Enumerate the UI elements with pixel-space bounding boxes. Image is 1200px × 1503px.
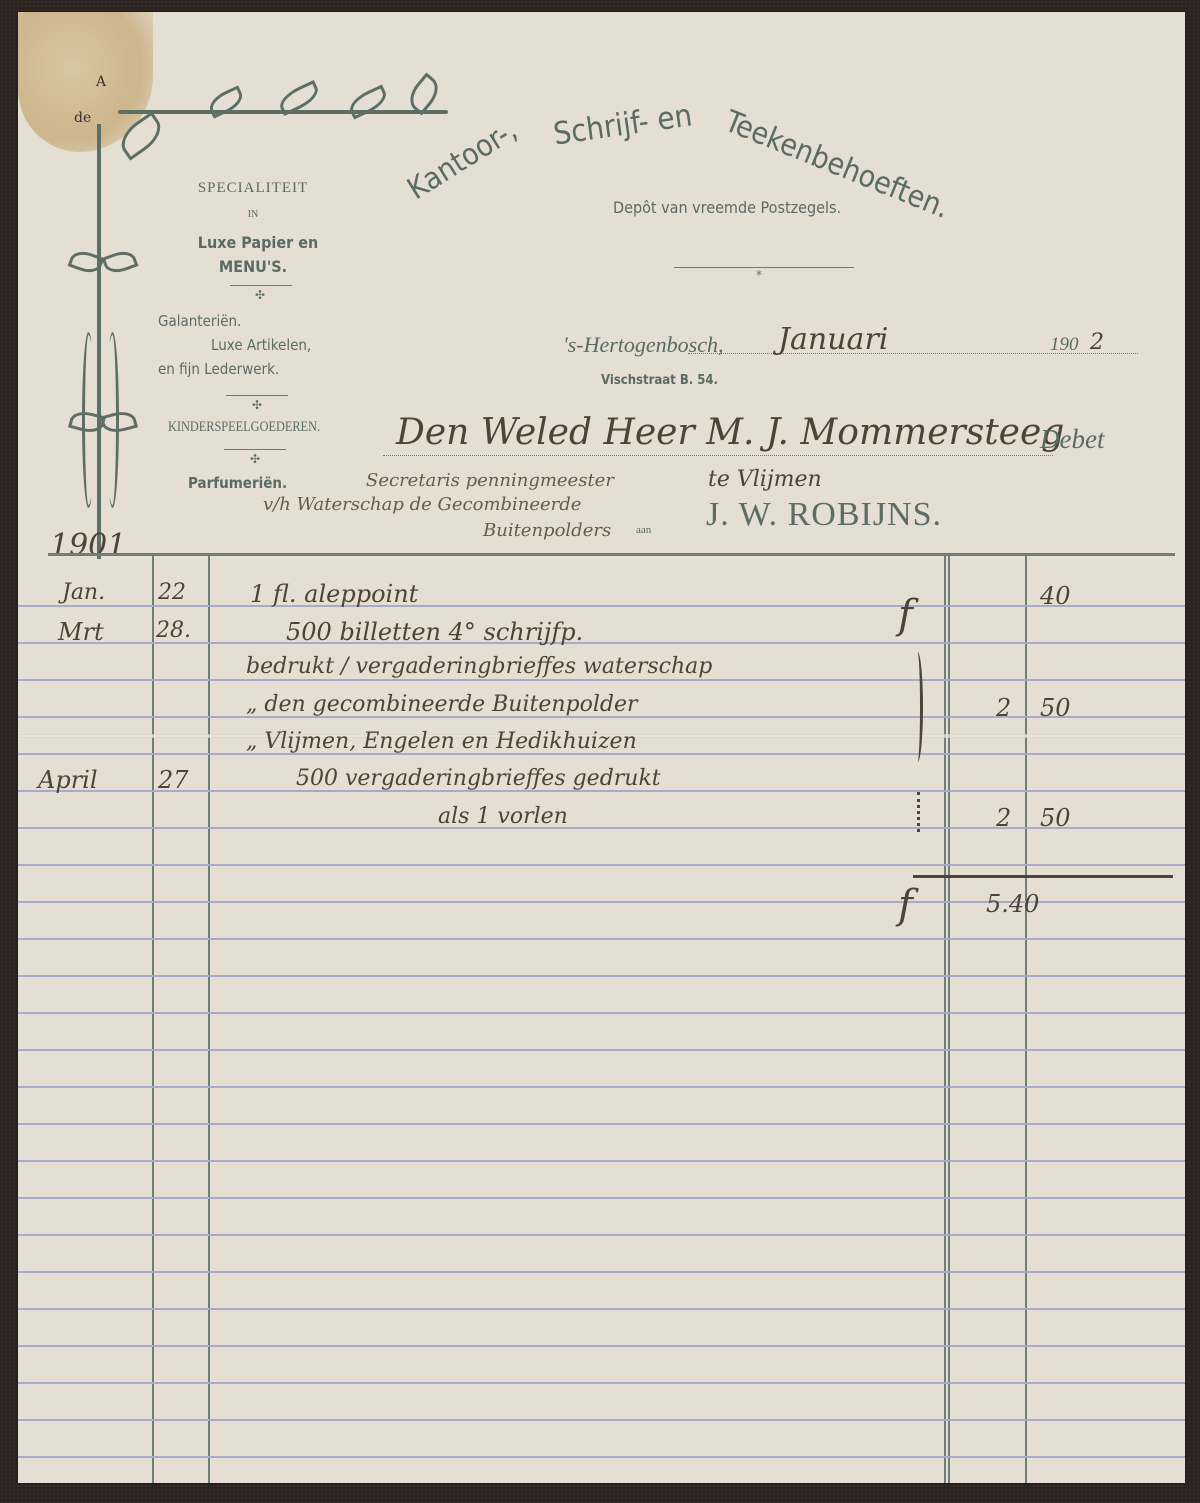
column-line <box>1025 555 1027 1483</box>
row-date-month: April <box>38 766 98 794</box>
row-date-day: 27 <box>158 766 189 794</box>
column-line <box>208 555 210 1483</box>
row-date-day: 28. <box>156 618 191 643</box>
address-label: Vischstraat B. 54. <box>601 373 718 388</box>
column-line <box>948 555 950 1483</box>
place-label: 's-Hertogenbosch, <box>563 332 724 358</box>
divider <box>226 395 288 396</box>
ledger-header-bar <box>48 553 1175 556</box>
fleuron-icon: ✣ <box>252 398 262 412</box>
ruled-line <box>18 1123 1185 1125</box>
row-description: 500 billetten 4° schrijfp. <box>286 618 583 646</box>
title-kantoor: Kantoor-, <box>401 113 523 207</box>
total-rule <box>913 875 1173 878</box>
ruled-line <box>18 864 1185 866</box>
row-amount-whole: 2 <box>996 804 1011 832</box>
recipient-line3: v/h Waterschap de Gecombineerde <box>263 494 581 515</box>
divider <box>224 449 286 450</box>
ruled-line <box>18 938 1185 940</box>
ruled-line <box>18 679 1185 681</box>
tulip-stem-icon <box>82 332 95 508</box>
tulip-stem-icon <box>106 332 119 508</box>
total-currency: f <box>898 882 913 928</box>
sidebar-menus: MENU'S. <box>168 257 338 276</box>
row-description: 1 fl. aleppoint <box>250 580 418 608</box>
row-description: „ den gecombineerde Buitenpolder <box>246 692 638 717</box>
ruled-line <box>18 1456 1185 1458</box>
row-amount-cents: 50 <box>1040 694 1071 722</box>
sidebar-kinderspeelgoederen: KINDERSPEELGOEDEREN. <box>168 419 320 436</box>
recipient-line4: Buitenpolders <box>483 520 611 541</box>
ruled-line <box>18 1049 1185 1051</box>
sidebar-luxe-artikelen: Luxe Artikelen, <box>211 336 311 354</box>
row-amount-whole: 2 <box>996 694 1011 722</box>
ornament-vertical <box>97 124 101 559</box>
fleuron-icon: ✣ <box>255 288 265 302</box>
handwritten-month: Januari <box>778 322 888 357</box>
sidebar-lederwerk: en fijn Lederwerk. <box>158 360 279 378</box>
ruled-line <box>18 1086 1185 1088</box>
total-value: 5.40 <box>986 890 1039 918</box>
bracket <box>912 652 923 762</box>
leaf-ornament-icon <box>102 247 139 277</box>
row-currency: f <box>898 592 913 638</box>
row-date-month: Mrt <box>58 618 104 646</box>
ruled-line <box>18 1345 1185 1347</box>
ruled-line <box>18 1234 1185 1236</box>
header-subtitle: Depôt van vreemde Postzegels. <box>613 198 841 217</box>
sidebar-luxe-papier: Luxe Papier en <box>168 233 348 252</box>
column-line <box>152 555 154 1483</box>
fleuron-icon: ✣ <box>250 452 260 466</box>
title-schrijf: Schrijf- en <box>551 97 694 152</box>
ruled-line <box>18 1012 1185 1014</box>
ruled-line <box>18 642 1185 644</box>
ruled-line <box>18 1197 1185 1199</box>
sidebar-in: in <box>168 209 338 220</box>
divider <box>230 285 292 286</box>
year-handwritten: 2 <box>1090 330 1104 355</box>
asterisk-icon: * <box>756 268 762 282</box>
bracket <box>914 792 920 832</box>
column-line <box>944 555 946 1483</box>
ruled-line <box>18 975 1185 977</box>
recipient-line2b: te Vlijmen <box>708 467 822 492</box>
stain-mark-de: de <box>74 110 91 126</box>
row-description: „ Vlijmen, Engelen en Hedikhuizen <box>246 729 637 754</box>
row-amount-cents: 50 <box>1040 804 1071 832</box>
year-printed: 190 <box>1050 334 1079 356</box>
invoice-paper: A de Specialiteit in Luxe Papier en MENU… <box>18 12 1185 1483</box>
recipient-dotted-line <box>383 455 1053 456</box>
ruled-line <box>18 1308 1185 1310</box>
row-amount-cents: 40 <box>1040 582 1071 610</box>
debet-label: Debet <box>1040 424 1104 455</box>
sidebar-heading: Specialiteit <box>168 180 338 197</box>
ruled-line <box>18 605 1185 607</box>
recipient-line1: Den Weled Heer M. J. Mommersteeg <box>396 412 1064 453</box>
stain-mark-a: A <box>96 74 106 90</box>
ruled-line <box>18 1160 1185 1162</box>
sidebar-parfumerien: Parfumeriën. <box>188 474 287 492</box>
header-divider <box>674 267 854 268</box>
sidebar-galanterien: Galanteriën. <box>158 312 241 330</box>
merchant-name: J. W. ROBIJNS. <box>706 496 942 534</box>
row-date-day: 22 <box>158 580 186 605</box>
year-left: 1901 <box>50 528 126 563</box>
leaf-ornament-icon <box>346 84 391 119</box>
row-description: 500 vergaderingbrieffes gedrukt <box>296 766 661 791</box>
row-description: als 1 vorlen <box>438 804 568 829</box>
ruled-line <box>18 1419 1185 1421</box>
recipient-line2: Secretaris penningmeester <box>366 470 614 491</box>
aan-label: aan <box>636 524 651 536</box>
row-description: bedrukt / vergaderingbrieffes waterschap <box>246 654 712 679</box>
row-date-month: Jan. <box>62 580 105 605</box>
ruled-line <box>18 1271 1185 1273</box>
ruled-line <box>18 1382 1185 1384</box>
